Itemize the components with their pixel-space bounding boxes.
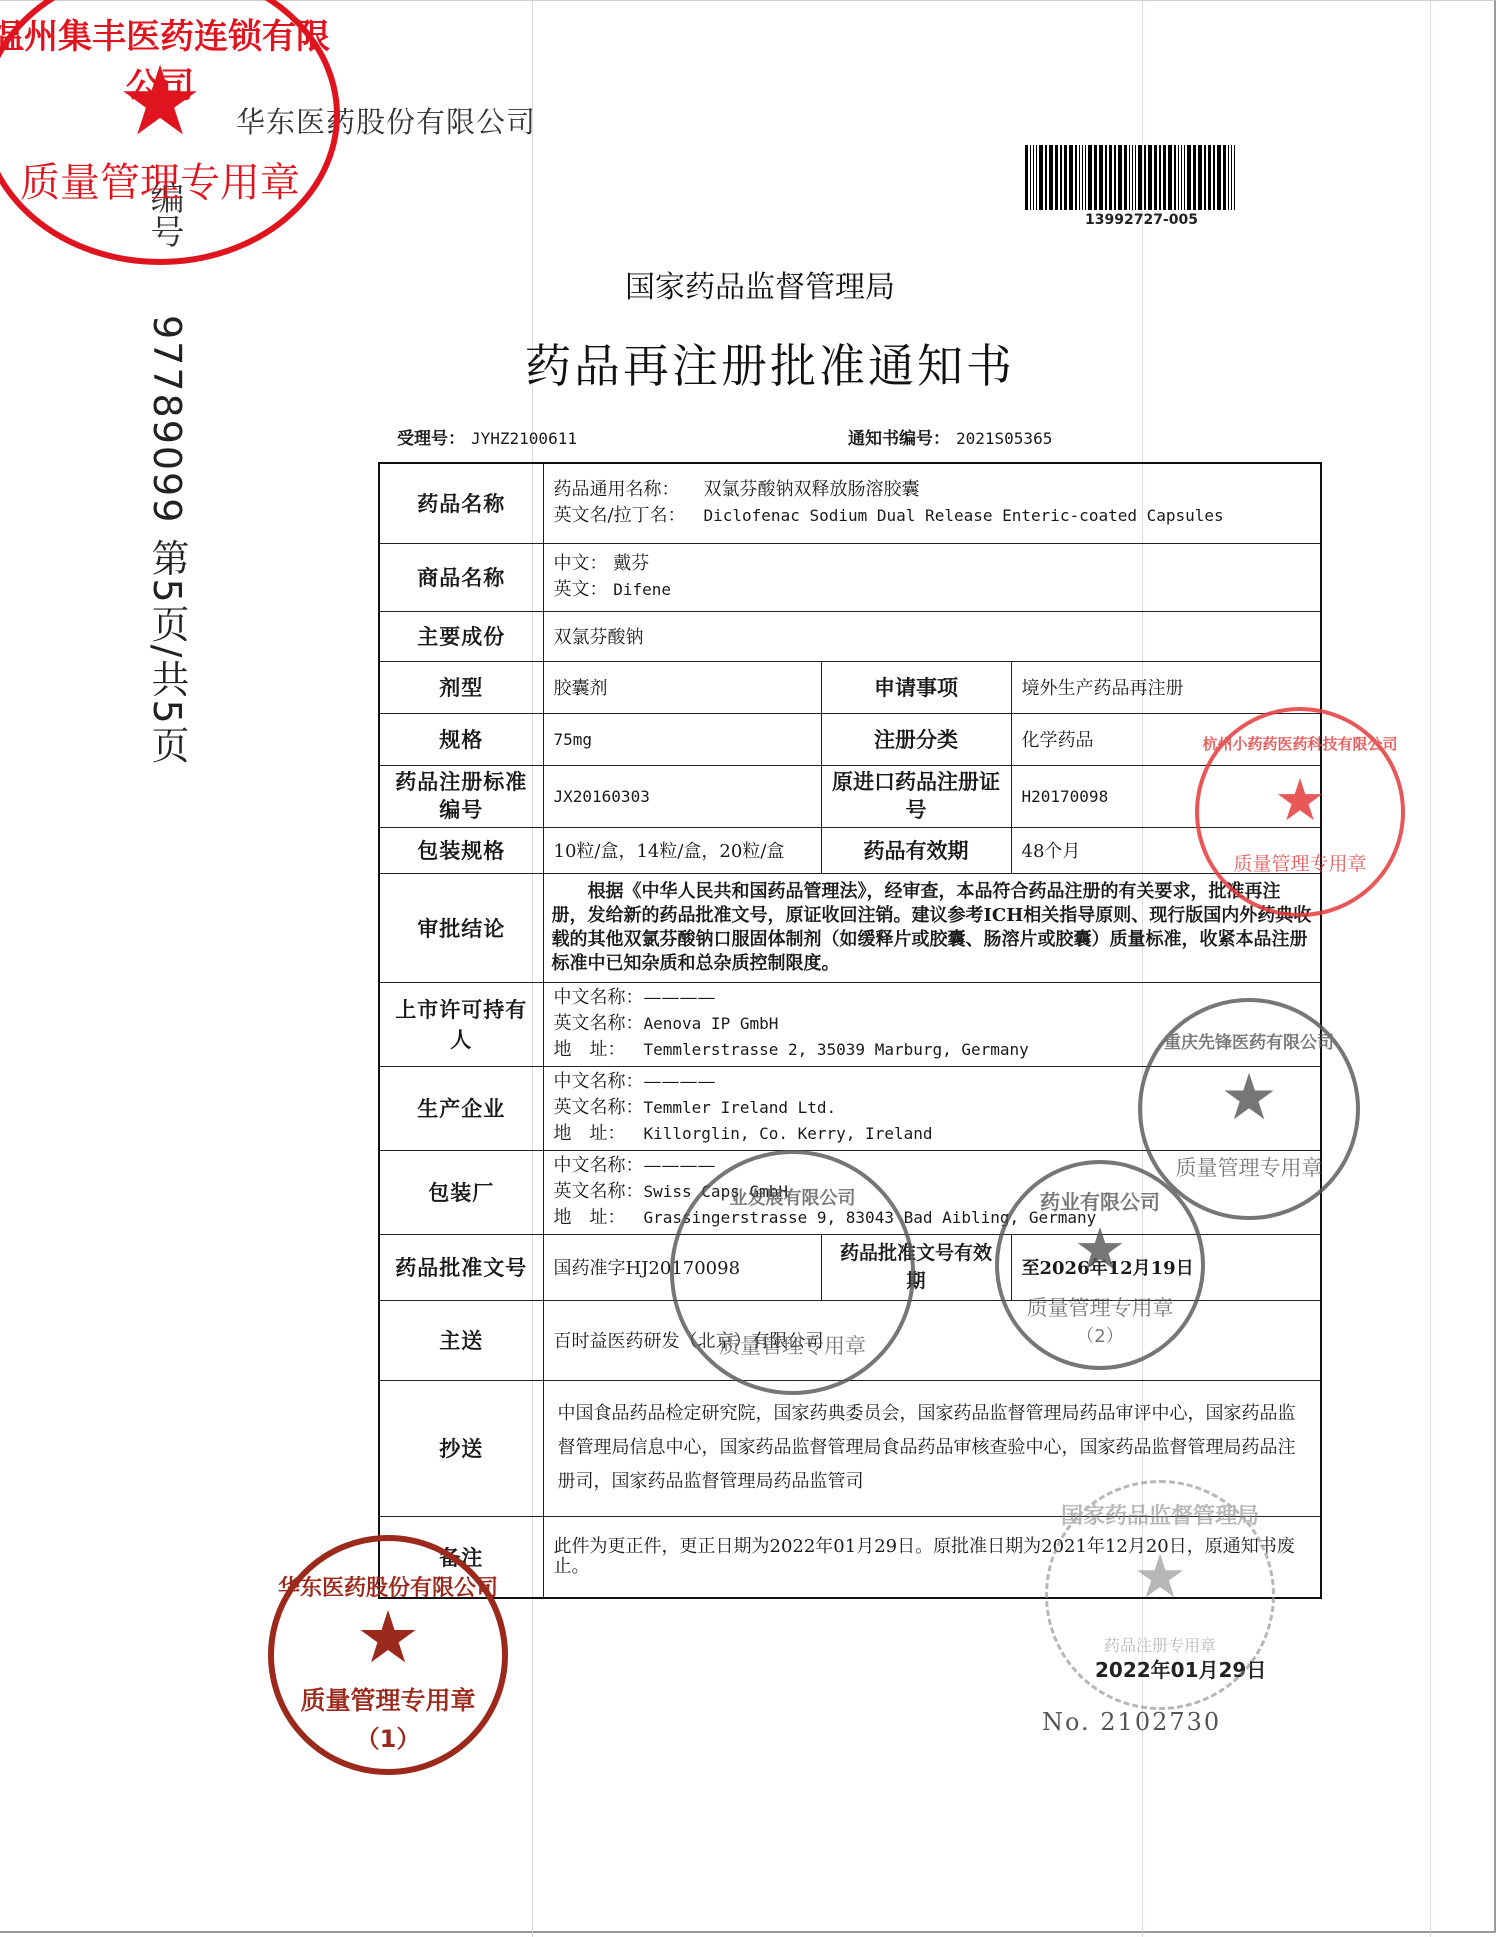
cc-label: 抄送	[379, 1380, 543, 1516]
barcode-bar	[1064, 145, 1067, 210]
barcode-bar	[1069, 145, 1073, 210]
barcode-bar	[1082, 145, 1083, 210]
mah-en-key: 英文名称：	[554, 1013, 644, 1034]
approval-no-label: 药品批准文号	[379, 1234, 543, 1300]
spec-label: 规格	[379, 713, 543, 765]
barcode-bar	[1163, 145, 1166, 210]
table-row-manufacturer: 生产企业 中文名称：———— 英文名称：Temmler Ireland Ltd.…	[379, 1066, 1321, 1150]
acceptance-label: 受理号：	[397, 429, 465, 449]
barcode-bar	[1094, 145, 1097, 210]
packager-en-value: Swiss Caps GmbH	[644, 1182, 789, 1201]
trade-en-key: 英文：	[554, 579, 608, 600]
table-row-dosage-form: 剂型 胶囊剂 申请事项 境外生产药品再注册	[379, 661, 1321, 713]
conclusion-text: 根据《中华人民共和国药品管理法》，经审查，本品符合药品注册的有关要求，批准再注册…	[543, 873, 1321, 982]
manufacturer-label: 生产企业	[379, 1066, 543, 1150]
trade-cn-key: 中文：	[554, 553, 608, 574]
mah-en-value: Aenova IP GmbH	[644, 1014, 779, 1033]
barcode-bar	[1208, 145, 1211, 210]
table-row-package: 包装规格 10粒/盒，14粒/盒，20粒/盒 药品有效期 48个月	[379, 827, 1321, 873]
remarks-label: 备注	[379, 1516, 543, 1598]
approval-no-value: 国药准字HJ20170098	[543, 1234, 821, 1300]
barcode-bar	[1184, 145, 1185, 210]
application-item-label: 申请事项	[821, 661, 1011, 713]
barcode-bar	[1168, 145, 1172, 210]
barcode-bar	[1144, 145, 1147, 210]
generic-name-value: 双氯芬酸钠双释放肠溶胶囊	[704, 479, 920, 500]
approval-validity-label: 药品批准文号有效期	[821, 1234, 1011, 1300]
barcode-bar	[1124, 145, 1127, 210]
table-row-cc: 抄送 中国食品药品检定研究院，国家药典委员会，国家药品监督管理局药品审评中心，国…	[379, 1380, 1321, 1516]
barcode-bar	[1033, 145, 1034, 210]
barcode-bar	[1204, 145, 1207, 210]
barcode-bar	[1049, 145, 1053, 210]
barcode-bar	[1075, 145, 1078, 210]
acceptance-number: 受理号：JYHZ2100611	[397, 424, 577, 449]
barcode-bar	[1138, 145, 1142, 210]
barcode-bar	[1228, 145, 1229, 210]
barcode-bar	[1217, 145, 1221, 210]
agency-title: 国家药品监督管理局	[0, 262, 1500, 306]
mah-addr-value: Temmlerstrasse 2, 35039 Marburg, Germany	[644, 1040, 1029, 1059]
remarks-value: 此件为更正件，更正日期为2022年01月29日。原批准日期为2021年12月20…	[543, 1516, 1321, 1598]
barcode-bar	[1154, 145, 1157, 210]
barcode-bar	[1109, 145, 1112, 210]
packager-cn-key: 中文名称：	[554, 1155, 644, 1176]
packager-addr-key: 地 址：	[554, 1205, 644, 1231]
trade-name-label: 商品名称	[379, 543, 543, 611]
barcode-bar	[1234, 145, 1235, 210]
ingredient-value: 双氯芬酸钠	[543, 611, 1321, 661]
standard-no-value: JX20160303	[543, 765, 821, 827]
barcode-bar	[1135, 145, 1136, 210]
barcode-bar	[1118, 145, 1122, 210]
barcode-bar	[1178, 145, 1179, 210]
manufacturer-en-value: Temmler Ireland Ltd.	[644, 1098, 837, 1117]
approval-validity-value: 至2026年12月19日	[1011, 1234, 1321, 1300]
table-row-mah: 上市许可持有人 中文名称：———— 英文名称：Aenova IP GmbH 地 …	[379, 982, 1321, 1066]
trade-cn-value: 戴芬	[613, 553, 649, 574]
table-row-approval-no: 药品批准文号 国药准字HJ20170098 药品批准文号有效期 至2026年12…	[379, 1234, 1321, 1300]
barcode-bar	[1030, 145, 1031, 210]
mah-cn-key: 中文名称：	[554, 987, 644, 1008]
packager-en-key: 英文名称：	[554, 1181, 644, 1202]
original-import-license-label: 原进口药品注册证号	[821, 765, 1011, 827]
barcode-bar	[1223, 145, 1226, 210]
notice-label: 通知书编号：	[848, 429, 950, 449]
ingredient-label: 主要成份	[379, 611, 543, 661]
table-row-trade-name: 商品名称 中文： 戴芬 英文： Difene	[379, 543, 1321, 611]
table-row-recipient: 主送 百时益医药研发（北京）有限公司	[379, 1300, 1321, 1380]
registration-category-label: 注册分类	[821, 713, 1011, 765]
barcode-bar	[1055, 145, 1058, 210]
generic-name-key: 药品通用名称：	[554, 477, 704, 503]
acceptance-value: JYHZ2100611	[471, 429, 577, 448]
barcode-number: 13992727-005	[1085, 212, 1198, 228]
conclusion-label: 审批结论	[379, 873, 543, 982]
barcode-bar	[1060, 145, 1063, 210]
barcode-bar	[1079, 145, 1080, 210]
package-label: 包装规格	[379, 827, 543, 873]
barcode-bar	[1174, 145, 1177, 210]
barcode-bar	[1114, 145, 1117, 210]
english-name-value: Diclofenac Sodium Dual Release Enteric-c…	[704, 506, 1224, 525]
packager-cn-value: ————	[644, 1155, 716, 1176]
trade-en-value: Difene	[613, 580, 671, 599]
table-row-conclusion: 审批结论 根据《中华人民共和国药品管理法》，经审查，本品符合药品注册的有关要求，…	[379, 873, 1321, 982]
company-header: 华东医药股份有限公司	[236, 100, 536, 141]
manufacturer-addr-value: Killorglin, Co. Kerry, Ireland	[644, 1124, 933, 1143]
barcode-bar	[1148, 145, 1152, 210]
barcode-bar	[1039, 145, 1043, 210]
table-row-remarks: 备注 此件为更正件，更正日期为2022年01月29日。原批准日期为2021年12…	[379, 1516, 1321, 1598]
barcode-bar	[1045, 145, 1048, 210]
barcode-bar	[1088, 145, 1092, 210]
barcode-bar	[1085, 145, 1086, 210]
side-label-top: 编号	[140, 180, 189, 248]
barcode-bar	[1193, 145, 1196, 210]
barcode-bar	[1181, 145, 1182, 210]
manufacturer-cell: 中文名称：———— 英文名称：Temmler Ireland Ltd. 地 址：…	[543, 1066, 1321, 1150]
mah-cn-value: ————	[644, 987, 716, 1008]
barcode	[1025, 145, 1265, 210]
manufacturer-cn-key: 中文名称：	[554, 1071, 644, 1092]
trade-name-cell: 中文： 戴芬 英文： Difene	[543, 543, 1321, 611]
barcode-bar	[1159, 145, 1162, 210]
shelf-life-value: 48个月	[1011, 827, 1321, 873]
drug-name-label: 药品名称	[379, 463, 543, 543]
application-item-value: 境外生产药品再注册	[1011, 661, 1321, 713]
approval-table: 药品名称 药品通用名称：双氯芬酸钠双释放肠溶胶囊 英文名/拉丁名：Diclofe…	[378, 462, 1322, 1599]
english-name-key: 英文名/拉丁名：	[554, 503, 704, 529]
table-row-spec: 规格 75mg 注册分类 化学药品	[379, 713, 1321, 765]
barcode-bar	[1036, 145, 1037, 210]
barcode-bar	[1213, 145, 1216, 210]
document-title: 药品再注册批准通知书	[0, 330, 1500, 396]
manufacturer-cn-value: ————	[644, 1071, 716, 1092]
mah-label: 上市许可持有人	[379, 982, 543, 1066]
manufacturer-addr-key: 地 址：	[554, 1121, 644, 1147]
packager-label: 包装厂	[379, 1150, 543, 1234]
mah-addr-key: 地 址：	[554, 1037, 644, 1063]
table-row-packager: 包装厂 中文名称：———— 英文名称：Swiss Caps GmbH 地 址：G…	[379, 1150, 1321, 1234]
barcode-bar	[1099, 145, 1103, 210]
recipient-value: 百时益医药研发（北京）有限公司	[543, 1300, 1321, 1380]
notice-value: 2021S05365	[956, 429, 1052, 448]
table-row-drug-name: 药品名称 药品通用名称：双氯芬酸钠双释放肠溶胶囊 英文名/拉丁名：Diclofe…	[379, 463, 1321, 543]
manufacturer-en-key: 英文名称：	[554, 1097, 644, 1118]
drug-name-cell: 药品通用名称：双氯芬酸钠双释放肠溶胶囊 英文名/拉丁名：Diclofenac S…	[543, 463, 1321, 543]
barcode-bar	[1187, 145, 1191, 210]
standard-no-label: 药品注册标准编号	[379, 765, 543, 827]
table-row-ingredient: 主要成份 双氯芬酸钠	[379, 611, 1321, 661]
approval-date: 2022年01月29日	[1095, 1654, 1266, 1683]
recipient-label: 主送	[379, 1300, 543, 1380]
table-row-standard-no: 药品注册标准编号 JX20160303 原进口药品注册证号 H20170098	[379, 765, 1321, 827]
registration-category-value: 化学药品	[1011, 713, 1321, 765]
barcode-bar	[1198, 145, 1202, 210]
barcode-bar	[1129, 145, 1130, 210]
serial-number: No. 2102730	[1042, 1708, 1221, 1736]
spec-value: 75mg	[543, 713, 821, 765]
packager-addr-value: Grassingerstrasse 9, 83043 Bad Aibling, …	[644, 1208, 1097, 1227]
barcode-bar	[1105, 145, 1108, 210]
barcode-bar	[1231, 145, 1232, 210]
barcode-bar	[1132, 145, 1133, 210]
barcode-bar	[1025, 145, 1028, 210]
notice-number: 通知书编号：2021S05365	[848, 424, 1052, 449]
shelf-life-label: 药品有效期	[821, 827, 1011, 873]
dosage-form-label: 剂型	[379, 661, 543, 713]
original-import-license-value: H20170098	[1011, 765, 1321, 827]
cc-value: 中国食品药品检定研究院，国家药典委员会，国家药品监督管理局药品审评中心，国家药品…	[543, 1380, 1321, 1516]
packager-cell: 中文名称：———— 英文名称：Swiss Caps GmbH 地 址：Grass…	[543, 1150, 1321, 1234]
mah-cell: 中文名称：———— 英文名称：Aenova IP GmbH 地 址：Temmle…	[543, 982, 1321, 1066]
dosage-form-value: 胶囊剂	[543, 661, 821, 713]
package-value: 10粒/盒，14粒/盒，20粒/盒	[543, 827, 821, 873]
